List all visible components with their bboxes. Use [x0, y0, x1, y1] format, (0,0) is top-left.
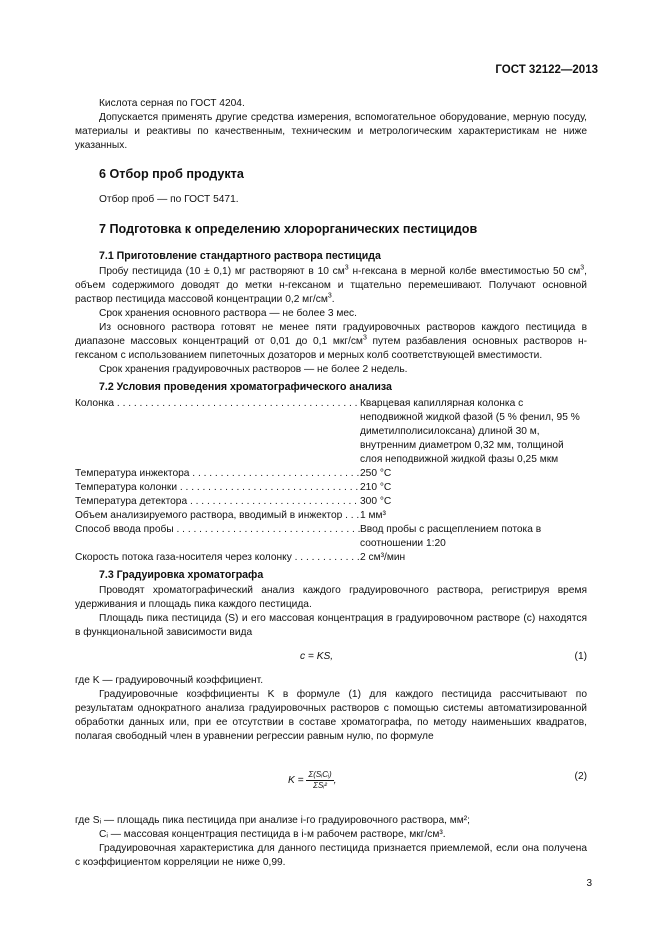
document-header: ГОСТ 32122—2013 [495, 63, 598, 77]
condition-row: Температура колонки210 °С [75, 481, 587, 495]
paragraph: Cᵢ — массовая концентрация пестицида в i… [75, 828, 587, 842]
condition-row: Температура инжектора250 °С [75, 467, 587, 481]
paragraph: Градуировочная характеристика для данног… [75, 842, 587, 870]
condition-label: Температура колонки [75, 481, 360, 495]
paragraph: где Sᵢ — площадь пика пестицида при анал… [75, 814, 587, 828]
paragraph: Проводят хроматографический анализ каждо… [75, 584, 587, 612]
paragraph: Из основного раствора готовят не менее п… [75, 321, 587, 363]
section-6-title: 6 Отбор проб продукта [75, 167, 587, 181]
condition-row: КолонкаКварцевая капиллярная колонка с н… [75, 397, 587, 467]
condition-value: 250 °С [360, 467, 587, 481]
condition-value: 300 °С [360, 495, 587, 509]
condition-row: Объем анализируемого раствора, вводимый … [75, 509, 587, 523]
paragraph: Пробу пестицида (10 ± 0,1) мг растворяют… [75, 265, 587, 307]
condition-row: Способ ввода пробыВвод пробы с расщеплен… [75, 523, 587, 551]
formula-1: c = KS, (1) [75, 650, 587, 664]
condition-value: Ввод пробы с расщеплением потока в соотн… [360, 523, 587, 551]
page-number: 3 [586, 877, 592, 891]
section-7-3-title: 7.3 Градуировка хроматографа [75, 568, 587, 582]
section-7-title: 7 Подготовка к определению хлорорганичес… [75, 222, 587, 236]
paragraph: Срок хранения основного раствора — не бо… [75, 307, 587, 321]
paragraph: Градуировочные коэффициенты K в формуле … [75, 688, 587, 744]
condition-label: Скорость потока газа-носителя через коло… [75, 551, 360, 565]
condition-row: Температура детектора300 °С [75, 495, 587, 509]
paragraph: Отбор проб — по ГОСТ 5471. [75, 193, 587, 207]
condition-value: 1 мм³ [360, 509, 587, 523]
condition-label: Способ ввода пробы [75, 523, 360, 551]
paragraph: Площадь пика пестицида (S) и его массова… [75, 612, 587, 640]
paragraph: Допускается применять другие средства из… [75, 111, 587, 153]
paragraph: Кислота серная по ГОСТ 4204. [75, 97, 587, 111]
condition-value: 210 °С [360, 481, 587, 495]
section-7-2-title: 7.2 Условия проведения хроматографическо… [75, 380, 587, 394]
condition-row: Скорость потока газа-носителя через коло… [75, 551, 587, 565]
condition-label: Температура инжектора [75, 467, 360, 481]
paragraph: Срок хранения градуировочных растворов —… [75, 363, 587, 377]
condition-value: Кварцевая капиллярная колонка с неподвиж… [360, 397, 587, 467]
paragraph: где K — градуировочный коэффициент. [75, 674, 587, 688]
condition-label: Колонка [75, 397, 360, 467]
condition-label: Температура детектора [75, 495, 360, 509]
page-body: Кислота серная по ГОСТ 4204. Допускается… [75, 97, 587, 870]
condition-label: Объем анализируемого раствора, вводимый … [75, 509, 360, 523]
conditions-table: КолонкаКварцевая капиллярная колонка с н… [75, 397, 587, 565]
condition-value: 2 см³/мин [360, 551, 587, 565]
section-7-1-title: 7.1 Приготовление стандартного раствора … [75, 249, 587, 263]
formula-2: K = Σ(SᵢCᵢ)ΣSᵢ², (2) [75, 766, 587, 788]
